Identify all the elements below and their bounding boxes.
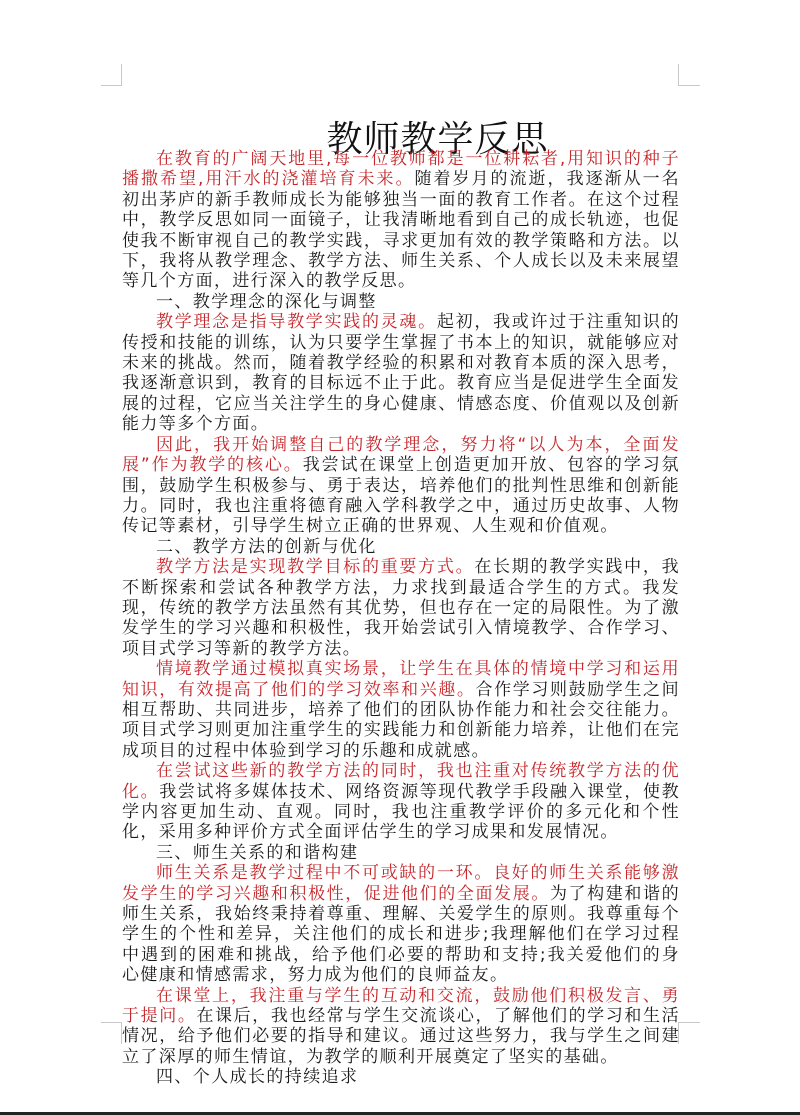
paragraph: 在尝试这些新的教学方法的同时，我也注重对传统教学方法的优化。我尝试将多媒体技术、… bbox=[122, 761, 680, 843]
section-heading-1: 一、教学理念的深化与调整 bbox=[122, 292, 680, 312]
paragraph: 情境教学通过模拟真实场景，让学生在具体的情境中学习和运用知识，有效提高了他们的学… bbox=[122, 659, 680, 761]
section-heading-3: 三、师生关系的和谐构建 bbox=[122, 843, 680, 863]
paragraph: 教学方法是实现教学目标的重要方式。在长期的教学实践中，我不断探索和尝试各种教学方… bbox=[122, 557, 680, 659]
section-heading-4: 四、个人成长的持续追求 bbox=[122, 1067, 680, 1087]
intro-paragraph: 在教育的广阔天地里,每一位教师都是一位耕耘者,用知识的种子播撒希望,用汗水的浇灌… bbox=[122, 149, 680, 292]
highlight-text: 教学方法是实现教学目标的重要方式。 bbox=[156, 557, 474, 577]
page-corner-mark-top-right bbox=[678, 64, 700, 86]
page-corner-mark-top-left bbox=[101, 64, 122, 86]
paragraph: 因此，我开始调整自己的教学理念，努力将“以人为本，全面发展”作为教学的核心。我尝… bbox=[122, 435, 680, 537]
paragraph-text: 在课后，我也经常与学生交流谈心，了解他们的学习和生活情况，给予他们必要的指导和建… bbox=[122, 1006, 680, 1067]
section-heading-2: 二、教学方法的创新与优化 bbox=[122, 537, 680, 557]
paragraph: 在课堂上，我注重与学生的互动和交流，鼓励他们积极发言、勇于提问。在课后，我也经常… bbox=[122, 986, 680, 1068]
document-body: 在教育的广阔天地里,每一位教师都是一位耕耘者,用知识的种子播撒希望,用汗水的浇灌… bbox=[122, 149, 680, 1088]
paragraph: 师生关系是教学过程中不可或缺的一环。良好的师生关系能够激发学生的学习兴趣和积极性… bbox=[122, 863, 680, 985]
paragraph-text: 我尝试将多媒体技术、网络资源等现代教学手段融入课堂，使教学内容更加生动、直观。同… bbox=[122, 782, 680, 843]
page-corner-mark-bottom-left bbox=[101, 1022, 122, 1044]
highlight-text: 教学理念是指导教学实践的灵魂。 bbox=[156, 312, 437, 332]
paragraph: 教学理念是指导教学实践的灵魂。起初，我或许过于注重知识的传授和技能的训练，认为只… bbox=[122, 312, 680, 434]
page-corner-mark-bottom-right bbox=[678, 1022, 700, 1044]
